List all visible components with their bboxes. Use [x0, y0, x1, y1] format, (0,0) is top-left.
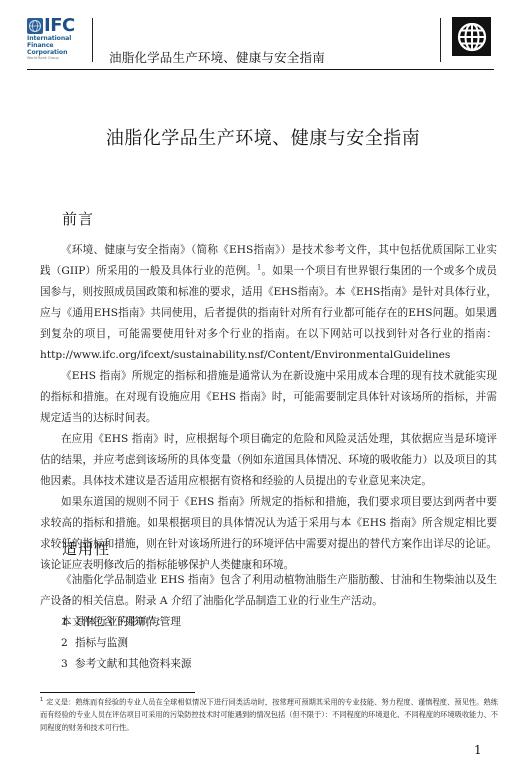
footnote-marker: 1	[40, 697, 43, 703]
list-item: 3参考文献和其他资料来源	[61, 654, 192, 675]
list-item: 2指标与监测	[61, 633, 192, 654]
ifc-logo: IFC International Finance Corporation Wo…	[27, 17, 79, 64]
footnote-text: 定义是：熟练而有经验的专业人员在全球相似情况下进行同类活动时，按常理可预期其采用…	[40, 697, 498, 732]
foreword-paragraph-1: 《环境、健康与安全指南》（简称《EHS指南》）是技术参考文件，其中包括优质国际工…	[40, 240, 497, 366]
chapter-list: 1具体行业的影响与管理 2指标与监测 3参考文献和其他资料来源	[61, 612, 192, 675]
header-divider-left	[92, 18, 93, 62]
ifc-line-3: Corporation	[27, 49, 79, 56]
applicability-paragraph-1: 《油脂化学品制造业 EHS 指南》包含了利用动植物油脂生产脂肪酸、甘油和生物柴油…	[40, 570, 497, 612]
world-bank-logo	[452, 17, 491, 56]
header-rule	[27, 69, 494, 70]
ifc-mark-text: IFC	[44, 17, 75, 35]
header-title: 油脂化学品生产环境、健康与安全指南	[109, 48, 325, 66]
world-bank-globe-icon	[456, 21, 488, 53]
ifc-line-1: International	[27, 35, 79, 42]
list-item: 1具体行业的影响与管理	[61, 612, 192, 633]
foreword-paragraph-4: 如果东道国的规则不同于《EHS 指南》所规定的指标和措施，我们要求项目要达到两者…	[40, 492, 497, 576]
ifc-mark: IFC	[27, 17, 79, 35]
ifc-subline: World Bank Group	[27, 56, 79, 61]
ifc-line-2: Finance	[27, 42, 79, 49]
page-number: 1	[474, 743, 482, 757]
footnote-rule	[40, 692, 195, 693]
footnote: 1定义是：熟练而有经验的专业人员在全球相似情况下进行同类活动时，按常理可预期其采…	[40, 694, 498, 734]
ifc-globe-icon	[27, 18, 43, 34]
foreword-paragraph-2: 《EHS 指南》所规定的指标和措施是通常认为在新设施中采用成本合理的现有技术就能…	[40, 366, 497, 429]
header-divider-right	[440, 18, 441, 62]
foreword-paragraph-3: 在应用《EHS 指南》时，应根据每个项目确定的危险和风险灵活处理，其依据应当是环…	[40, 429, 497, 492]
section-heading-foreword: 前言	[62, 208, 94, 229]
section-heading-applicability: 适用性	[62, 538, 110, 559]
foreword-body: 《环境、健康与安全指南》（简称《EHS指南》）是技术参考文件，其中包括优质国际工…	[40, 240, 497, 576]
document-title: 油脂化学品生产环境、健康与安全指南	[0, 124, 526, 150]
